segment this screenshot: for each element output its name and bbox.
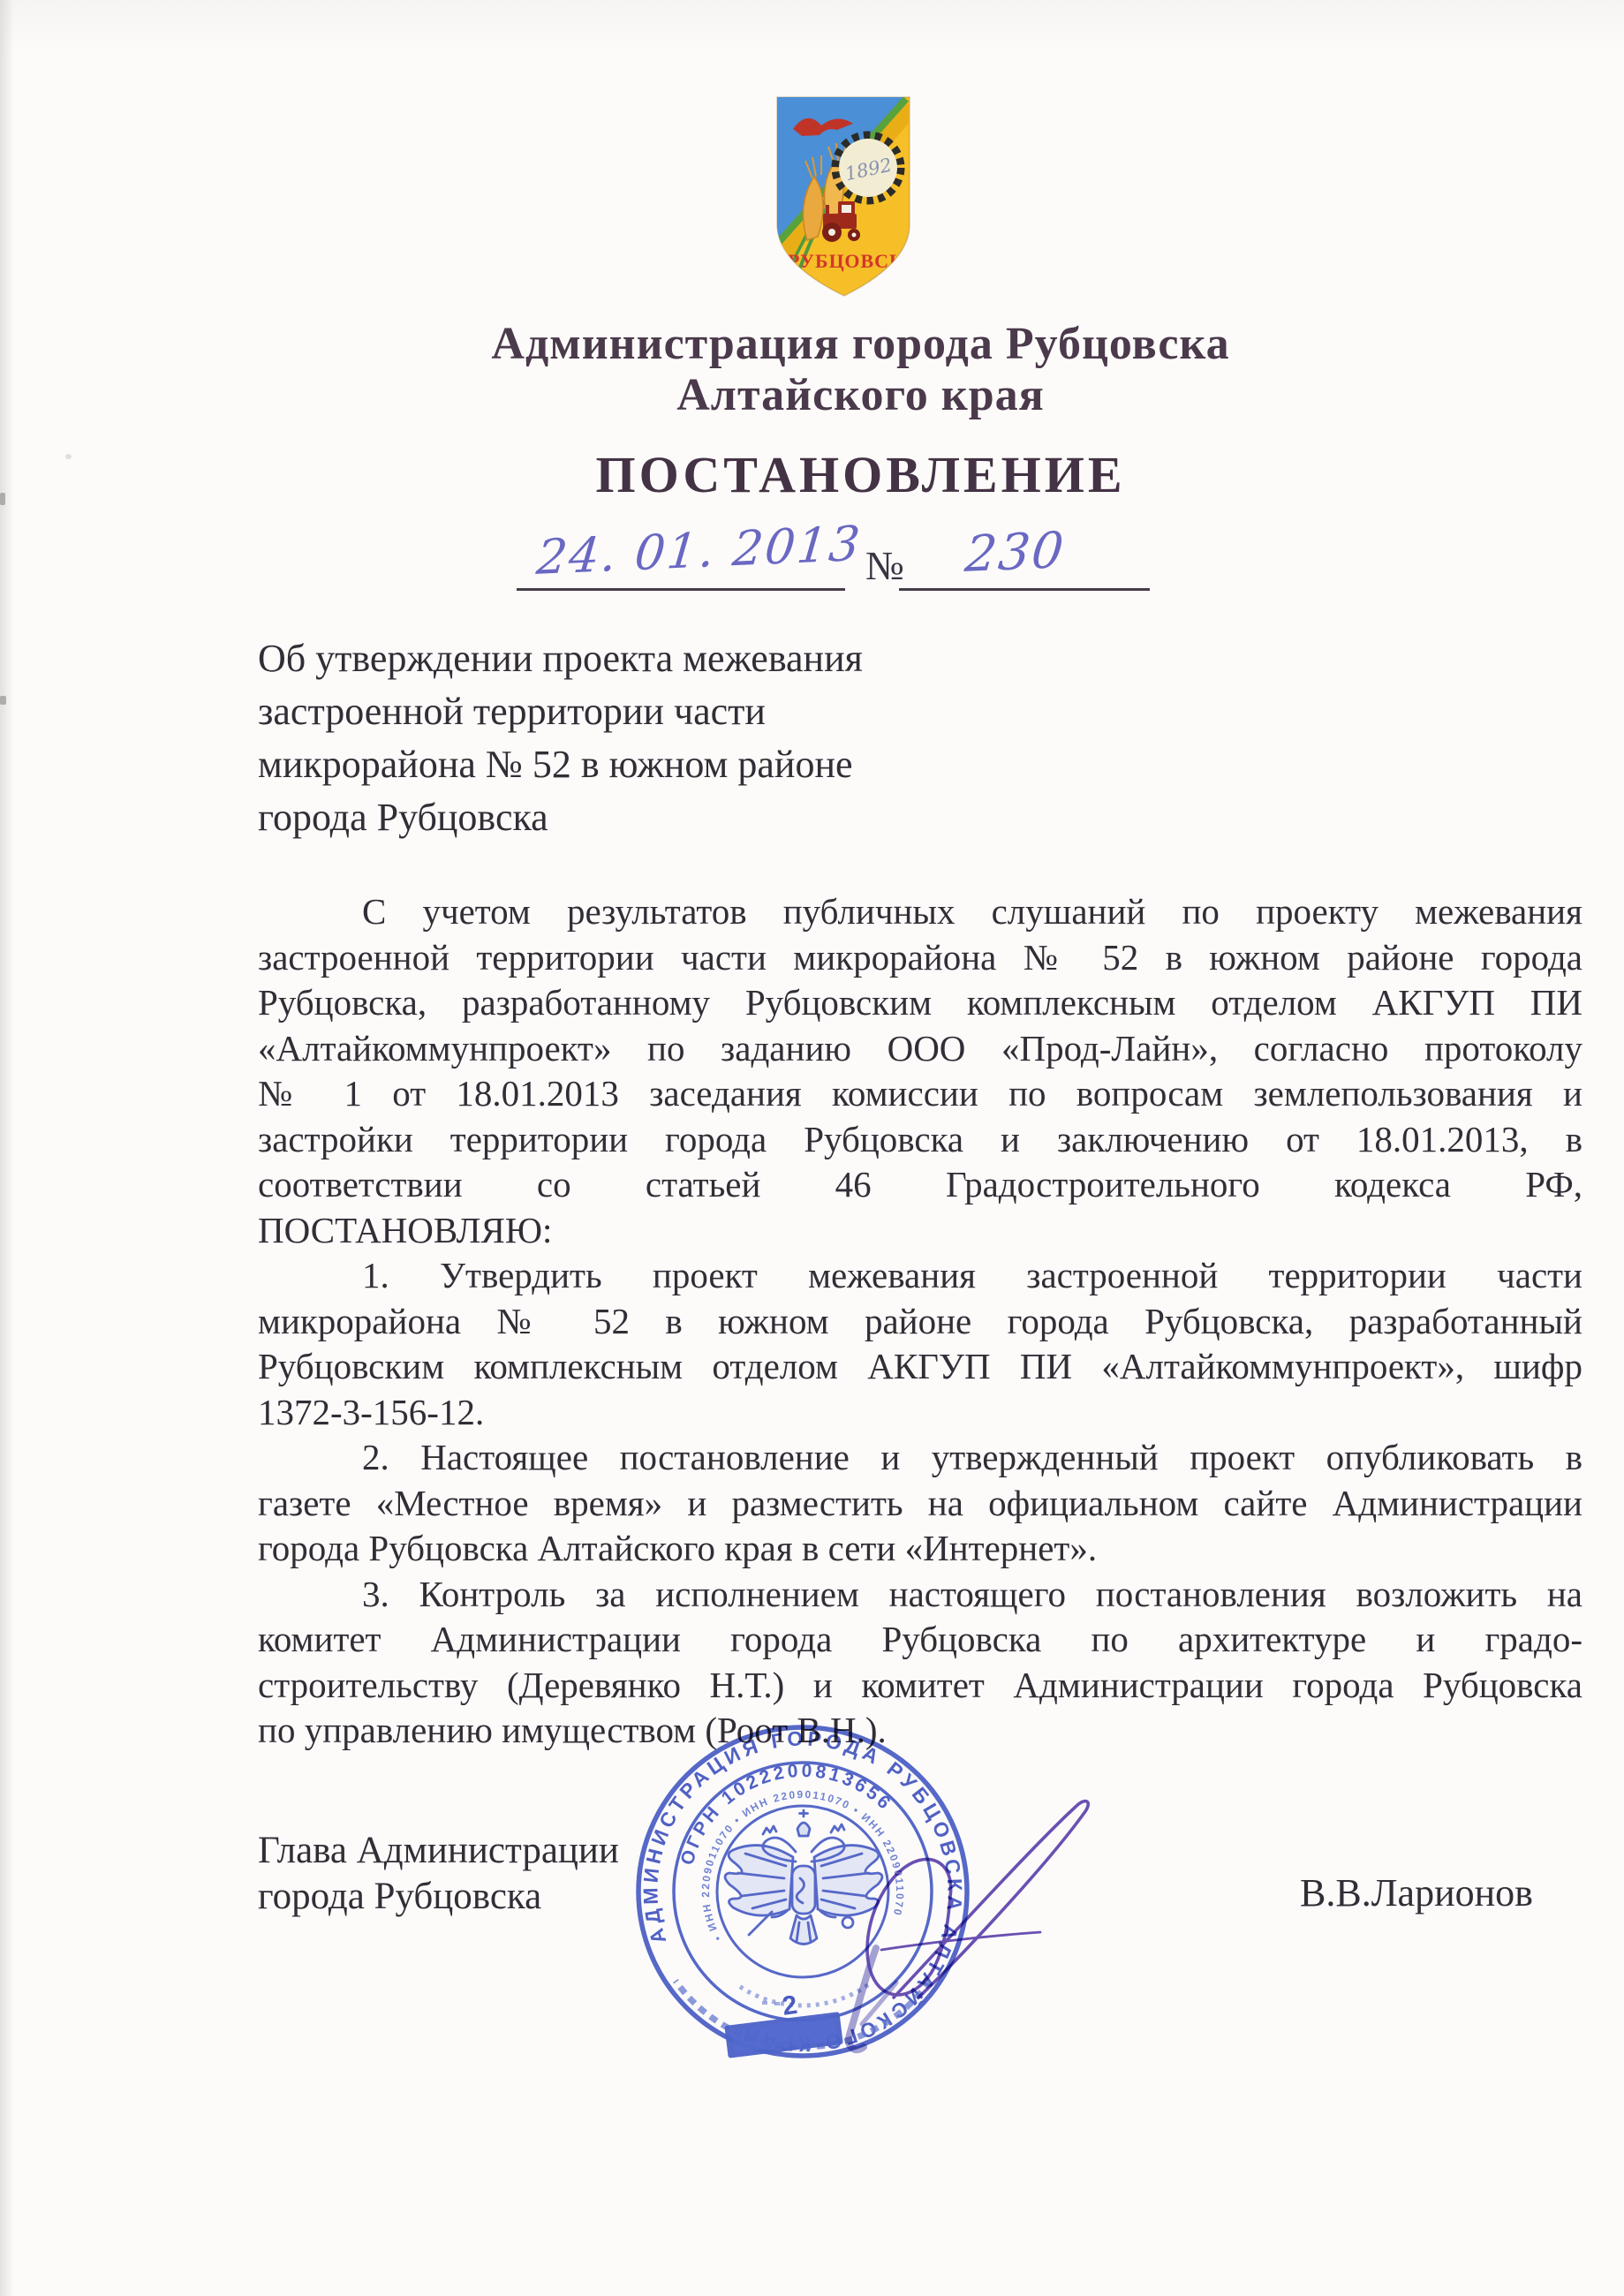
body-line: комитет Администрации города Рубцовска п… [258,1617,1582,1663]
body-line: № 1 от 18.01.2013 заседания комиссии по … [258,1071,1582,1117]
body-line: застроенной территории части микрорайона… [258,935,1582,981]
document-type-title: ПОСТАНОВЛЕНИЕ [106,445,1615,504]
scanned-document-page: 1892 РУБЦОВСК Администрация города Рубцо… [0,0,1624,2296]
handwritten-signature [795,1766,1413,2084]
number-underline [899,588,1150,591]
number-sign: № [865,542,904,589]
stamp-small-marks [762,2003,780,2004]
body-line: 2. Настоящее постановление и утвержденны… [258,1435,1582,1481]
subject-line: города Рубцовска [258,791,863,844]
body-line: газете «Местное время» и разместить на о… [258,1481,1582,1527]
body-line: 1372-3-156-12. [258,1390,1582,1436]
handwritten-date: 24. 01. 2013 [534,516,864,585]
signer-post-line2: города Рубцовска [258,1874,541,1920]
subject-block: Об утверждении проекта межевания застрое… [258,632,863,844]
body-line: застройки территории города Рубцовска и … [258,1117,1582,1163]
body-line: микрорайона № 52 в южном районе города Р… [258,1299,1582,1345]
body-line: соответствии со статьей 46 Градостроител… [258,1162,1582,1208]
body-line: «Алтайкоммунпроект» по заданию ООО «Прод… [258,1026,1582,1072]
body-line: ПОСТАНОВЛЯЮ: [258,1208,1582,1254]
org-name-line1: Администрация города Рубцовска [106,318,1615,370]
scan-speck [0,493,5,505]
body-line: Рубцовска, разработанному Рубцовским ком… [258,980,1582,1026]
org-name-line2: Алтайского края [106,369,1615,421]
date-underline [517,588,845,591]
body-line: строительству (Деревянко Н.Т.) и комитет… [258,1663,1582,1709]
body-line: 3. Контроль за исполнением настоящего по… [258,1572,1582,1618]
subject-line: микрорайона № 52 в южном районе [258,738,863,791]
body-line: Рубцовским комплексным отделом АКГУП ПИ … [258,1344,1582,1390]
signer-post-line1: Глава Администрации [258,1828,619,1874]
rubtsovsk-coat-of-arms: 1892 РУБЦОВСК [772,92,915,302]
subject-line: застроенной территории части [258,685,863,738]
scan-speck [0,696,6,705]
body-line: 1. Утвердить проект межевания застроенно… [258,1253,1582,1299]
handwritten-number: 230 [963,522,1068,584]
body-line: С учетом результатов публичных слушаний … [258,889,1582,935]
resolution-body: С учетом результатов публичных слушаний … [258,889,1582,1754]
subject-line: Об утверждении проекта межевания [258,632,863,685]
body-line: города Рубцовска Алтайского края в сети … [258,1526,1582,1572]
scan-speck [65,454,72,459]
